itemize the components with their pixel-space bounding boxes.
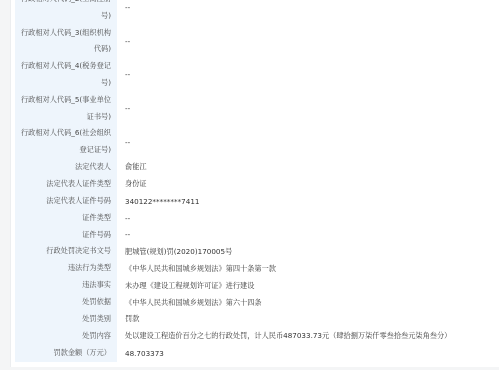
row-value: --	[117, 210, 499, 227]
row-label: 法定代表人证件号码	[15, 193, 117, 210]
row-value: 处以建设工程造价百分之七的行政处罚，计人民币487033.73元（肆拾捌万柒仟零…	[117, 328, 499, 345]
table-row-penalty-content: 处罚内容 处以建设工程造价百分之七的行政处罚，计人民币487033.73元（肆拾…	[15, 328, 499, 345]
table-row-legal-rep-id-number: 法定代表人证件号码 340122********7411	[15, 193, 499, 210]
row-label: 处罚依据	[15, 294, 117, 311]
row-value: 340122********7411	[117, 193, 499, 210]
row-label: 行政相对人代码_4(税务登记 号)	[15, 58, 117, 92]
row-value: --	[117, 25, 499, 59]
row-label: 处罚类别	[15, 311, 117, 328]
row-label: 行政处罚决定书文号	[15, 243, 117, 260]
row-value: --	[117, 92, 499, 126]
row-label: 行政相对人代码_2(工商注册 号)	[15, 0, 117, 25]
penalty-detail-table: 行政相对人代码_2(工商注册 号) -- 行政相对人代码_3(组织机构 代码) …	[15, 0, 499, 362]
table-row-code-3: 行政相对人代码_3(组织机构 代码) --	[15, 25, 499, 59]
row-label: 罚款金额（万元）	[15, 345, 117, 362]
table-row-code-5: 行政相对人代码_5(事业单位 证书号) --	[15, 92, 499, 126]
row-label: 证件类型	[15, 210, 117, 227]
row-value: 肥城管(规划)罚(2020)170005号	[117, 243, 499, 260]
row-label: 法定代表人	[15, 159, 117, 176]
table-row-penalty-category: 处罚类别 罚款	[15, 311, 499, 328]
row-label: 行政相对人代码_5(事业单位 证书号)	[15, 92, 117, 126]
table-row-violation-facts: 违法事实 未办理《建设工程规划许可证》进行建设	[15, 277, 499, 294]
row-value: --	[117, 227, 499, 244]
table-row-legal-rep: 法定代表人 俞能江	[15, 159, 499, 176]
row-value: 《中华人民共和国城乡规划法》第六十四条	[117, 294, 499, 311]
row-label: 处罚内容	[15, 328, 117, 345]
row-value: 未办理《建设工程规划许可证》进行建设	[117, 277, 499, 294]
table-row-violation-type: 违法行为类型 《中华人民共和国城乡规划法》第四十条第一款	[15, 260, 499, 277]
row-value: 身份证	[117, 176, 499, 193]
table-row-fine-amount: 罚款金额（万元） 48.703373	[15, 345, 499, 362]
table-row-code-2: 行政相对人代码_2(工商注册 号) --	[15, 0, 499, 25]
row-value: 罚款	[117, 311, 499, 328]
row-label: 行政相对人代码_6(社会组织 登记证号)	[15, 125, 117, 159]
row-label: 违法事实	[15, 277, 117, 294]
row-value: 48.703373	[117, 345, 499, 362]
row-value: --	[117, 125, 499, 159]
row-label: 法定代表人证件类型	[15, 176, 117, 193]
table-row-penalty-basis: 处罚依据 《中华人民共和国城乡规划法》第六十四条	[15, 294, 499, 311]
table-row-legal-rep-id-type: 法定代表人证件类型 身份证	[15, 176, 499, 193]
row-value: 俞能江	[117, 159, 499, 176]
table-row-code-6: 行政相对人代码_6(社会组织 登记证号) --	[15, 125, 499, 159]
row-value: --	[117, 0, 499, 25]
row-label: 违法行为类型	[15, 260, 117, 277]
row-label: 证件号码	[15, 227, 117, 244]
table-row-id-type: 证件类型 --	[15, 210, 499, 227]
row-value: --	[117, 58, 499, 92]
table-row-code-4: 行政相对人代码_4(税务登记 号) --	[15, 58, 499, 92]
row-label: 行政相对人代码_3(组织机构 代码)	[15, 25, 117, 59]
table-row-decision-number: 行政处罚决定书文号 肥城管(规划)罚(2020)170005号	[15, 243, 499, 260]
row-value: 《中华人民共和国城乡规划法》第四十条第一款	[117, 260, 499, 277]
table-row-id-number: 证件号码 --	[15, 227, 499, 244]
left-border-strip	[0, 0, 11, 370]
